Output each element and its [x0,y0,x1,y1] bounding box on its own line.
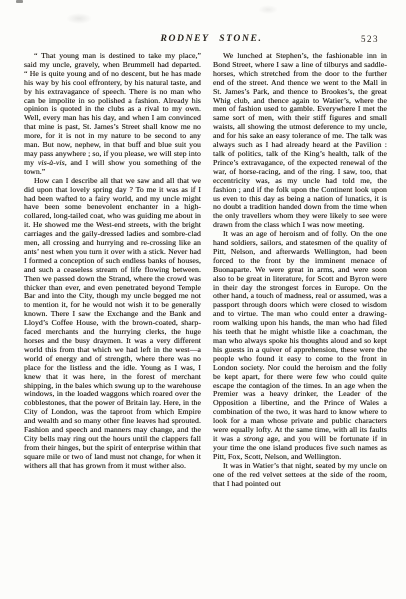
page-number: 523 [361,34,379,44]
text-columns: “ That young man is destined to take my … [24,52,387,488]
paragraph-town-tour: How can I describe all that we saw and a… [24,177,201,471]
paragraph-age-of-heroism: It was an age of heroism and of folly. O… [213,230,387,462]
scan-edge-mark [16,0,23,3]
paragraph-clubs: We lunched at Stephen’s, the fashionable… [213,52,387,230]
italic-phrase: strong [244,434,264,443]
running-title: RODNEY STONE. [161,33,263,44]
paragraph-text: It was an age of heroism and of folly. O… [213,229,387,443]
left-column: “ That young man is destined to take my … [24,52,201,488]
scan-smudge [66,13,92,24]
book-page: RODNEY STONE. 523 “ That young man is de… [0,0,406,599]
right-column: We lunched at Stephen’s, the fashionable… [213,52,387,488]
paragraph-watiers-night: It was in Watier’s that night, seated by… [213,462,387,489]
paragraph-text: “ That young man is destined to take my … [24,51,201,167]
italic-phrase: vis-à-vis [38,158,65,167]
scan-smudge [258,5,278,14]
page-header: RODNEY STONE. 523 [24,33,379,45]
paragraph-uncle-speech: “ That young man is destined to take my … [24,52,201,177]
